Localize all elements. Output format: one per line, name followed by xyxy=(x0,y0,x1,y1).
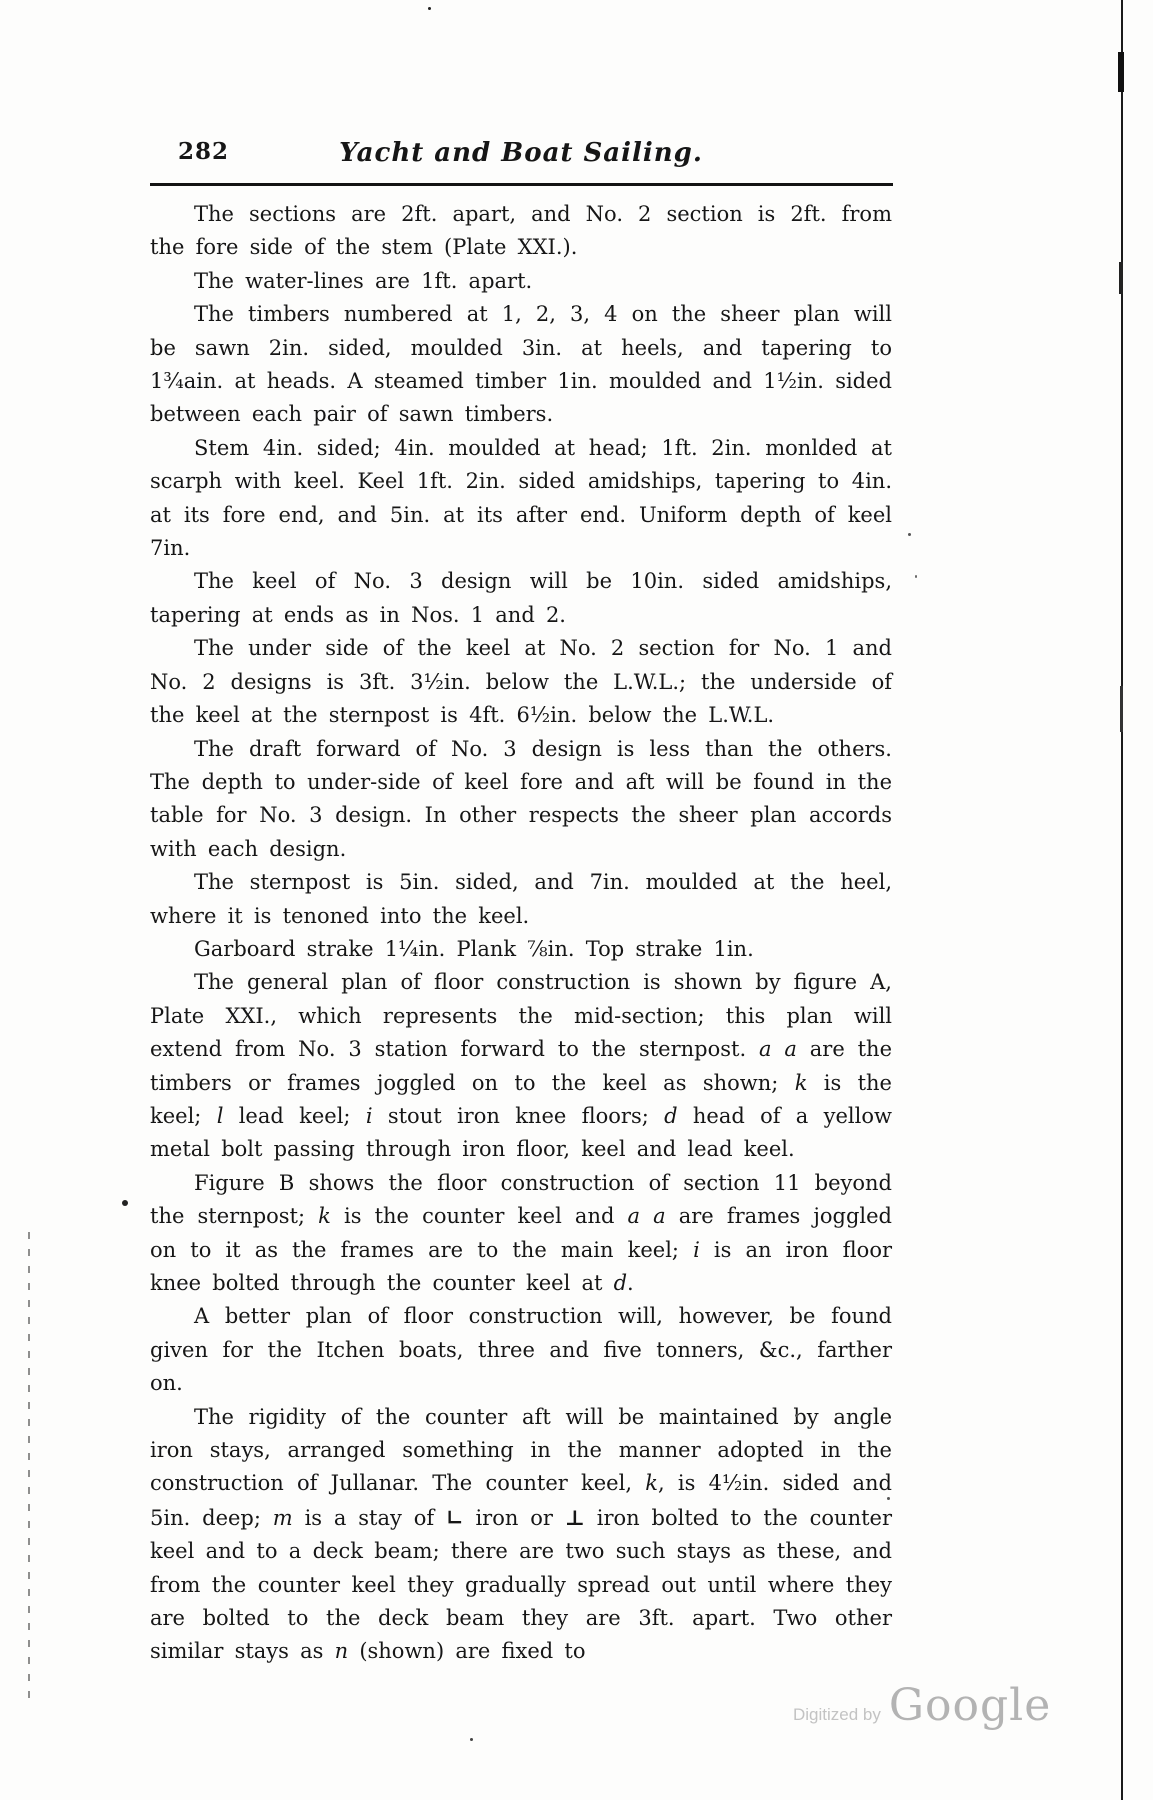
text-run: The draft forward of No. 3 design is les… xyxy=(150,737,892,861)
paragraph-7: The draft forward of No. 3 design is les… xyxy=(150,733,892,867)
body-text: The sections are 2ft. apart, and No. 2 s… xyxy=(150,198,892,1669)
text-run: i xyxy=(366,1104,373,1128)
ink-speck xyxy=(908,533,911,536)
digitized-watermark: Digitized by Google xyxy=(793,1680,1051,1731)
ink-speck xyxy=(795,1414,798,1417)
running-title: Yacht and Boat Sailing. xyxy=(150,138,892,168)
paragraph-3: The timbers numbered at 1, 2, 3, 4 on th… xyxy=(150,298,892,432)
ink-speck xyxy=(470,1738,473,1741)
watermark-prefix: Digitized by xyxy=(793,1705,881,1725)
text-run: k xyxy=(318,1204,331,1228)
text-run: Stem 4in. sided; 4in. moulded at head; 1… xyxy=(150,436,892,560)
text-run: The under side of the keel at No. 2 sect… xyxy=(150,636,892,727)
text-run: i xyxy=(693,1238,700,1262)
text-run: . xyxy=(627,1271,634,1295)
scan-edge-mark xyxy=(1118,52,1124,92)
ink-speck xyxy=(915,575,917,578)
iron-section-symbol: ∟ xyxy=(446,1505,464,1530)
google-logo: Google xyxy=(889,1680,1051,1731)
paragraph-13: The rigidity of the counter aft will be … xyxy=(150,1401,892,1669)
paragraph-12: A better plan of floor construction will… xyxy=(150,1300,892,1400)
text-run: The water-lines are 1ft. apart. xyxy=(194,269,532,293)
ink-speck xyxy=(428,7,431,10)
paragraph-9: Garboard strake 1¼in. Plank ⅞in. Top str… xyxy=(150,933,892,966)
text-run: iron or xyxy=(464,1506,565,1530)
ink-speck xyxy=(122,1200,128,1206)
paragraph-10: The general plan of floor construction i… xyxy=(150,966,892,1166)
text-run: d xyxy=(614,1271,627,1295)
text-run: k xyxy=(795,1071,808,1095)
text-run: stout iron knee floors; xyxy=(373,1104,665,1128)
text-run: d xyxy=(664,1104,677,1128)
text-run: n xyxy=(335,1639,349,1663)
text-run: A better plan of floor construction will… xyxy=(150,1304,892,1395)
text-run: The sternpost is 5in. sided, and 7in. mo… xyxy=(150,870,892,927)
paragraph-8: The sternpost is 5in. sided, and 7in. mo… xyxy=(150,866,892,933)
text-run: a a xyxy=(628,1204,666,1228)
text-run: is the counter keel and xyxy=(331,1204,628,1228)
iron-section-symbol: ⊥ xyxy=(565,1505,585,1530)
text-run: a a xyxy=(759,1037,797,1061)
ink-speck xyxy=(887,1497,890,1500)
text-run: (shown) are fixed to xyxy=(348,1639,585,1663)
text-run: The sections are 2ft. apart, and No. 2 s… xyxy=(150,202,892,259)
text-run: k xyxy=(645,1471,658,1495)
page-header: Yacht and Boat Sailing. 282 xyxy=(150,138,892,165)
book-page: Yacht and Boat Sailing. 282 The sections… xyxy=(0,0,1153,1800)
text-run: The timbers numbered at 1, 2, 3, 4 on th… xyxy=(150,302,892,426)
text-run: m xyxy=(273,1506,293,1530)
paragraph-6: The under side of the keel at No. 2 sect… xyxy=(150,632,892,732)
paragraph-2: The water-lines are 1ft. apart. xyxy=(150,265,892,298)
header-rule xyxy=(150,183,893,186)
paragraph-11: Figure B shows the floor construction of… xyxy=(150,1167,892,1301)
paragraph-1: The sections are 2ft. apart, and No. 2 s… xyxy=(150,198,892,265)
scan-edge-mark xyxy=(1120,686,1123,732)
text-run: lead keel; xyxy=(223,1104,365,1128)
scan-edge-mark xyxy=(1119,262,1123,294)
text-run: The keel of No. 3 design will be 10in. s… xyxy=(150,569,892,626)
text-run: Garboard strake 1¼in. Plank ⅞in. Top str… xyxy=(194,937,754,961)
paragraph-5: The keel of No. 3 design will be 10in. s… xyxy=(150,565,892,632)
scan-dashed-line-left xyxy=(28,1232,30,1700)
paragraph-4: Stem 4in. sided; 4in. moulded at head; 1… xyxy=(150,432,892,566)
text-run: is a stay of xyxy=(293,1506,446,1530)
